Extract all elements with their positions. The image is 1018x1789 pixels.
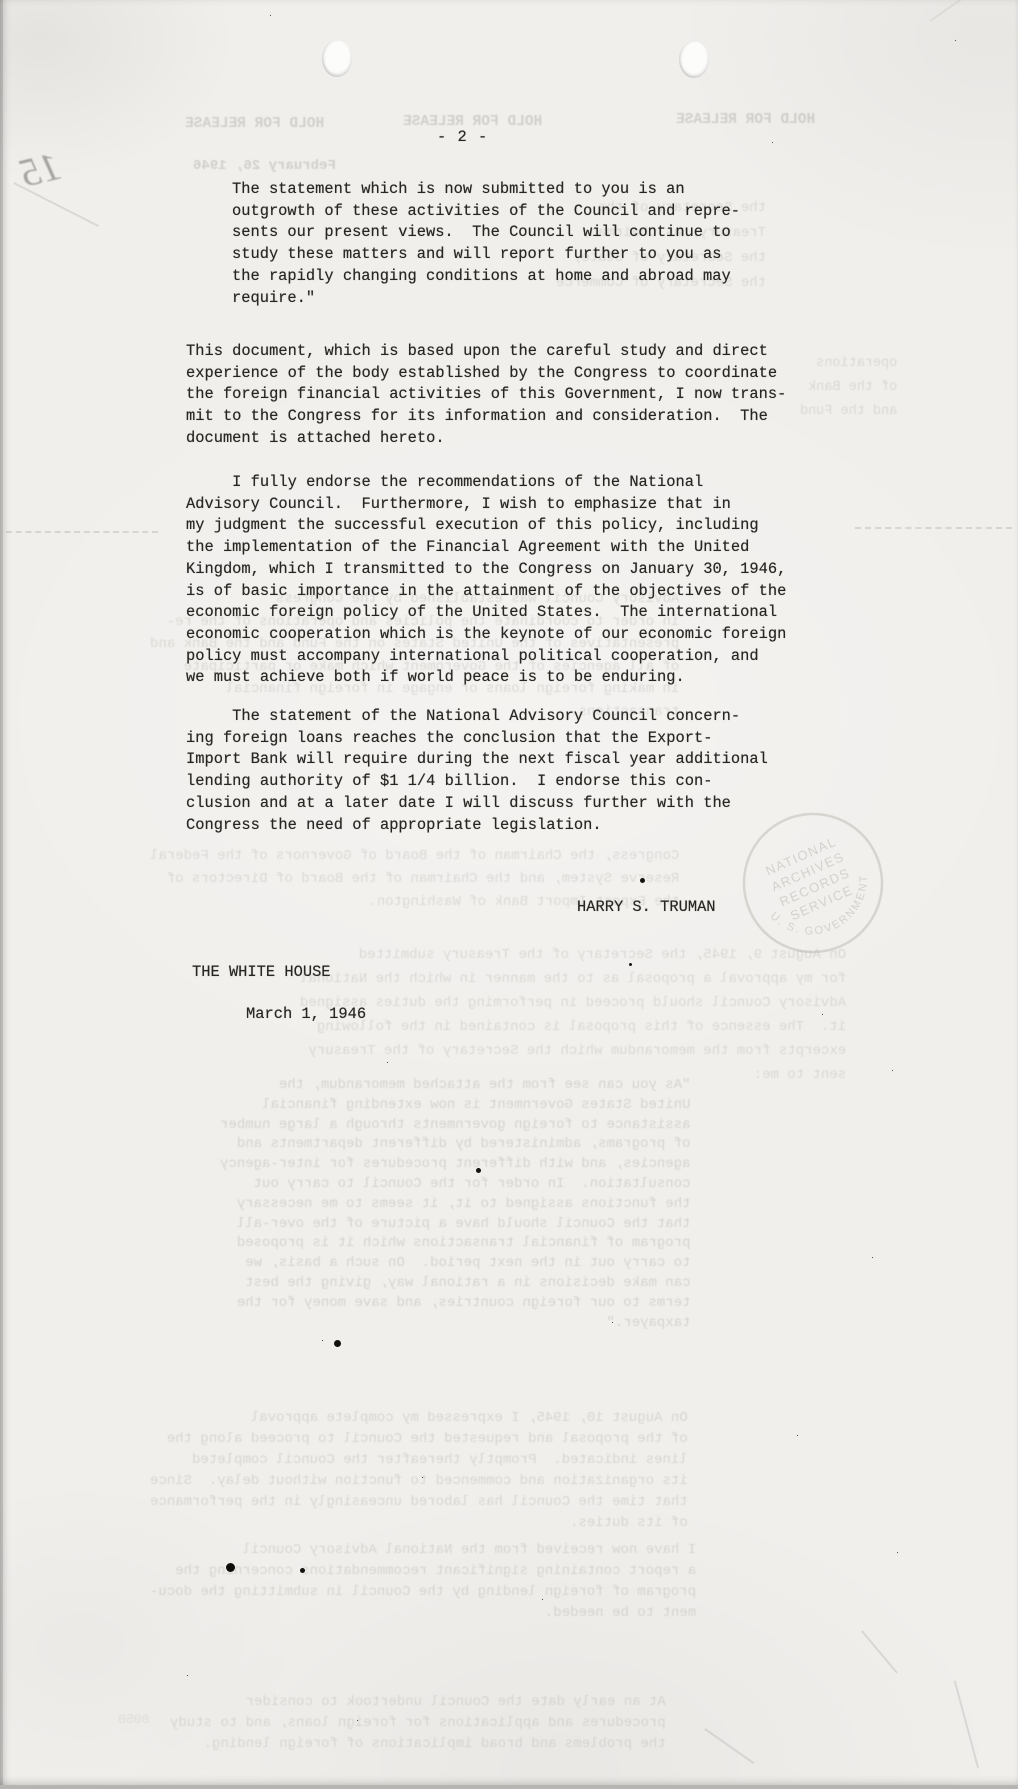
bleedthrough-header-right: HOLD FOR RELEASE [676, 108, 815, 132]
paragraph-2: This document, which is based upon the c… [186, 341, 786, 450]
corner-mark: 0050 [118, 1712, 149, 1727]
paragraph-4: The statement of the National Advisory C… [186, 706, 768, 836]
bleedthrough-dashed-rule-right [855, 527, 1012, 529]
crease-top-right [930, 0, 972, 21]
bleedthrough-fragment-2: operations of the Bank and the Fund [800, 352, 897, 424]
crease-bottom-3 [705, 1728, 755, 1764]
pencil-note: 15 [15, 142, 65, 197]
bleedthrough-fragment-aug9: On August 9, 1945, the Secretary of the … [300, 943, 846, 1087]
paper-edge-bottom [0, 1785, 1018, 1789]
bleedthrough-fragment-3: Advisory Council was established by the … [150, 588, 679, 723]
bleedthrough-fragment-received: I have now received from the National Ad… [150, 1540, 696, 1624]
scan-specks [640, 878, 645, 883]
crease-bottom-right-2 [861, 1630, 898, 1673]
document-page: HOLD FOR RELEASE HOLD FOR RELEASE HOLD F… [0, 0, 1018, 1789]
bleedthrough-fragment-aug10: On August 10, 1945, I expressed my compl… [150, 1408, 688, 1534]
page-number: - 2 - [437, 127, 488, 149]
bleedthrough-fragment-early: At an early date the Council undertook t… [170, 1692, 666, 1755]
punch-hole-left [322, 40, 352, 77]
bleedthrough-header-left: HOLD FOR RELEASE [185, 112, 324, 136]
bleedthrough-dashed-rule-left [6, 531, 158, 533]
quote-paragraph: The statement which is now submitted to … [232, 179, 740, 309]
signature-line: HARRY S. TRUMAN [577, 897, 716, 919]
bleedthrough-memo-quote: "As you can see from the attached memora… [220, 1076, 690, 1333]
bleedthrough-date: February 26, 1946 [193, 154, 336, 178]
paper-edge-left [0, 0, 3, 1789]
crease-bottom-right-1 [954, 1681, 979, 1768]
punch-hole-right [679, 41, 709, 78]
